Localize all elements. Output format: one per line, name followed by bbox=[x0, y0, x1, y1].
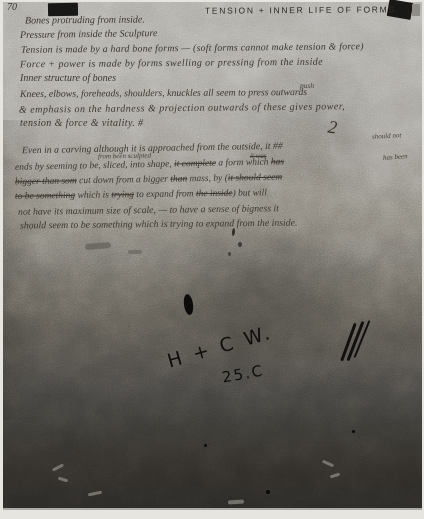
struck-segment: the inside bbox=[196, 189, 233, 200]
struck-segment: trying bbox=[111, 190, 134, 200]
page-number: 70 bbox=[7, 3, 17, 13]
manuscript-line: Bones protruding from inside. bbox=[25, 15, 145, 26]
struck-segment: bigger than som bbox=[15, 176, 77, 187]
dark-speck bbox=[352, 430, 355, 433]
ink-smudge bbox=[228, 252, 231, 256]
page-title: TENSION + INNER LIFE OF FORMS. bbox=[205, 4, 400, 15]
text-segment: mass, by ( bbox=[187, 174, 228, 185]
text-segment: which is bbox=[75, 190, 111, 201]
text-segment: ) but will bbox=[233, 188, 267, 198]
manuscript-line: Inner structure of bones bbox=[20, 74, 116, 84]
album-page: 70 TENSION + INNER LIFE OF FORMS. Bones … bbox=[0, 0, 424, 519]
tape-mark-top-right-remnant bbox=[412, 4, 420, 16]
dark-speck bbox=[266, 490, 270, 494]
ink-smudge bbox=[238, 242, 242, 247]
text-segment: a form which bbox=[216, 157, 271, 168]
struck-segment: to be something bbox=[15, 191, 75, 202]
manuscript-line: tension & force & vitality. # bbox=[20, 119, 143, 129]
struck-segment: than bbox=[170, 174, 187, 184]
text-segment: cut down from a bigger bbox=[77, 175, 171, 187]
struck-segment: it complete bbox=[174, 159, 216, 170]
manuscript-line: Knees, elbows, foreheads, shoulders, knu… bbox=[20, 88, 307, 100]
text-segment: to expand from bbox=[134, 189, 196, 200]
struck-segment: has bbox=[271, 157, 284, 167]
dark-speck bbox=[204, 444, 207, 447]
manuscript-line: Pressure from inside the Sculpture bbox=[20, 29, 158, 41]
struck-segment: it should seem bbox=[228, 173, 283, 184]
faint-smear bbox=[128, 250, 142, 254]
